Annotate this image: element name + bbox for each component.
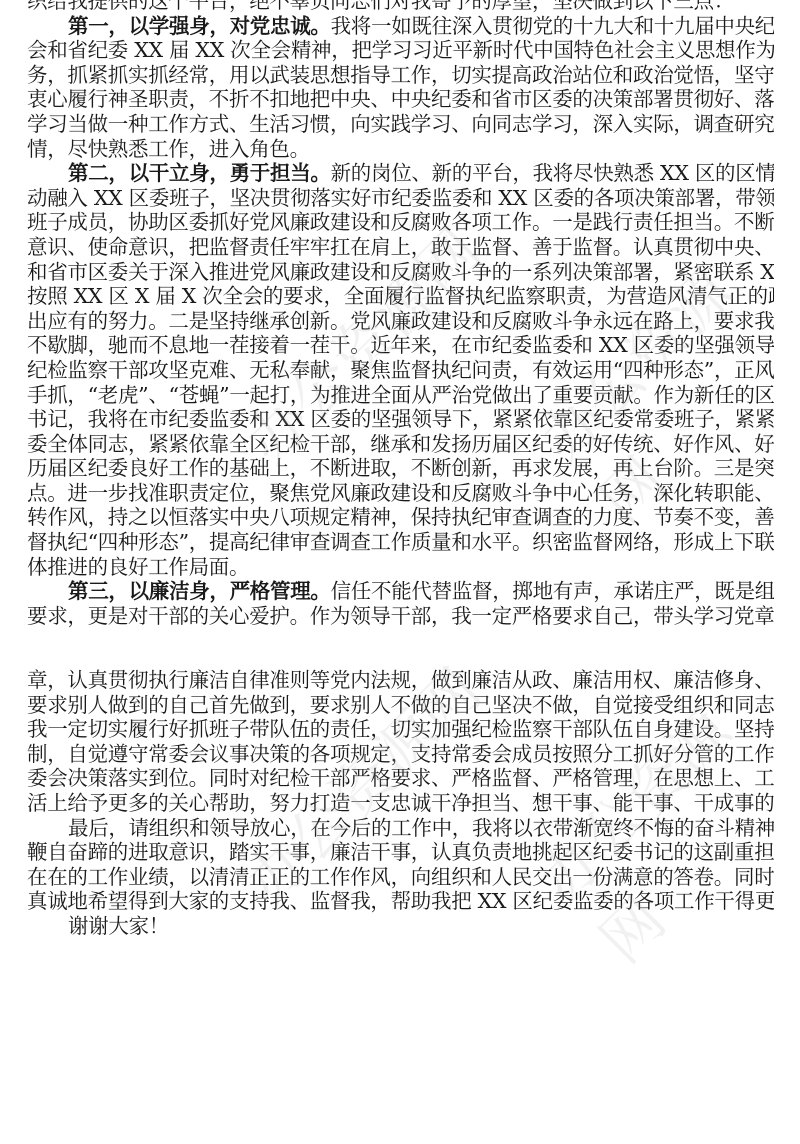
line-text: 学习当做一种工作方式、生活习惯，向实践学习、向同志学习，深入实际，调查研究，掌握… — [27, 112, 774, 136]
line-text: 出应有的努力。二是坚持继承创新。党风廉政建设和反腐败斗争永远在路上，要求我们不停… — [27, 309, 774, 333]
text-line: 班子成员，协助区委抓好党风廉政建设和反腐败各项工作。一是践行责任担当。不断增强责… — [27, 210, 774, 235]
line-text: 督执纪“四种形态”，提高纪律审查调查工作质量和水平。织密监督网络，形成上下联动，… — [27, 530, 774, 554]
text-line: 衷心履行神圣职责，不折不扣地把中央、中央纪委和省市区委的决策部署贯彻好、落实好。… — [27, 87, 774, 112]
line-text: 意识、使命意识，把监督责任牢牢扛在肩上，敢于监督、善于监督。认真贯彻中央、中央纪… — [27, 235, 774, 259]
text-line: 最后，请组织和领导放心，在今后的工作中，我将以衣带渐宽终不悔的奋斗精神、不用扬 — [27, 816, 774, 841]
text-line: 委全体同志，紧紧依靠全区纪检干部，继承和发扬历届区纪委的好传统、好作风、好办法，… — [27, 432, 774, 457]
line-text: 织给我提供的这个平台，绝不辜负同志们对我寄予的厚望，坚决做到以下三点： — [27, 0, 734, 13]
text-line: 第二，以干立身，勇于担当。新的岗位、新的平台，我将尽快熟悉 XX 区的区情，积极… — [27, 161, 774, 186]
text-line: 转作风，持之以恒落实中央八项规定精神，保持执纪审查调查的力度、节奏不变，善于运用… — [27, 505, 774, 530]
section-heading: 第一，以学强身，对党忠诚。 — [68, 14, 331, 38]
text-line: 要求别人做到的自己首先做到，要求别人不做的自己坚决不做，自觉接受组织和同志的监督… — [27, 693, 774, 718]
line-text: 班子成员，协助区委抓好党风廉政建设和反腐败各项工作。一是践行责任担当。不断增强责… — [27, 210, 774, 234]
text-line: 委会决策落实到位。同时对纪检干部严格要求、严格监督、严格管理，在思想上、工作上、… — [27, 766, 774, 791]
line-text: 鞭自奋蹄的进取意识，踏实干事，廉洁干事，认真负责地挑起区纪委书记的这副重担，以实… — [27, 840, 774, 864]
text-line: 制，自觉遵守常委会议事决策的各项规定，支持常委会成员按照分工抓好分管的工作，确保… — [27, 742, 774, 767]
line-text: 动融入 XX 区委班子，坚决贯彻落实好市纪委监委和 XX 区委的各项决策部署，带… — [27, 186, 774, 210]
line-text: 我将一如既往深入贯彻党的十九大和十九届中央纪委四次全 — [331, 14, 774, 38]
text-line: 历届区纪委良好工作的基础上，不断进取，不断创新，再求发展，再上台阶。三是突出工作… — [27, 456, 774, 481]
text-line: 意识、使命意识，把监督责任牢牢扛在肩上，敢于监督、善于监督。认真贯彻中央、中央纪… — [27, 235, 774, 260]
text-line: 我一定切实履行好抓班子带队伍的责任，切实加强纪检监察干部队伍自身建设。坚持民主集… — [27, 717, 774, 742]
line-text: 新的岗位、新的平台，我将尽快熟悉 XX 区的区情，积极主 — [331, 161, 774, 185]
line-text: 章，认真贯彻执行廉洁自律准则等党内法规，做到廉洁从政、廉洁用权、廉洁修身、廉洁齐… — [27, 668, 774, 692]
line-text: 务，抓紧抓实抓经常，用以武装思想指导工作，切实提高政治站位和政治觉悟，坚守党的初… — [27, 63, 774, 87]
text-line: 手抓，“老虎”、“苍蝇”一起打，为推进全面从严治党做出了重要贡献。作为新任的区纪… — [27, 383, 774, 408]
text-line: 会和省纪委 XX 届 XX 次全会精神，把学习习近平新时代中国特色社会主义思想作… — [27, 38, 774, 63]
text-line: 谢谢大家！ — [27, 914, 774, 939]
text-line: 真诚地希望得到大家的支持我、监督我，帮助我把 XX 区纪委监委的各项工作干得更好… — [27, 889, 774, 914]
line-text: 和省市区委关于深入推进党风廉政建设和反腐败斗争的一系列决策部署，紧密联系 XX … — [27, 260, 774, 284]
line-text: 会和省纪委 XX 届 XX 次全会精神，把学习习近平新时代中国特色社会主义思想作… — [27, 38, 774, 62]
line-text: 书记，我将在市纪委监委和 XX 区委的坚强领导下，紧紧依靠区纪委常委班子，紧紧依… — [27, 407, 774, 431]
line-text: 手抓，“老虎”、“苍蝇”一起打，为推进全面从严治党做出了重要贡献。作为新任的区纪… — [27, 383, 774, 407]
text-line: 活上给予更多的关心帮助，努力打造一支忠诚干净担当、想干事、能干事、干成事的干部队… — [27, 791, 774, 816]
text-line: 织给我提供的这个平台，绝不辜负同志们对我寄予的厚望，坚决做到以下三点： — [27, 0, 774, 14]
section-heading: 第二，以干立身，勇于担当。 — [68, 161, 331, 185]
text-line: 督执纪“四种形态”，提高纪律审查调查工作质量和水平。织密监督网络，形成上下联动，… — [27, 530, 774, 555]
text-line: 纪检监察干部攻坚克难、无私奉献，聚焦监督执纪问责，有效运用“四种形态”，正风反腐… — [27, 358, 774, 383]
text-line: 章，认真贯彻执行廉洁自律准则等党内法规，做到廉洁从政、廉洁用权、廉洁修身、廉洁齐… — [27, 668, 774, 693]
line-text: 不歇脚，驰而不息地一茬接着一茬干。近年来，在市纪委监委和 XX 区委的坚强领导下… — [27, 333, 774, 357]
text-line: 体推进的良好工作局面。 — [27, 555, 774, 580]
line-text: 纪检监察干部攻坚克难、无私奉献，聚焦监督执纪问责，有效运用“四种形态”，正风反腐… — [27, 358, 774, 382]
document-page-top: 织给我提供的这个平台，绝不辜负同志们对我寄予的厚望，坚决做到以下三点：第一，以学… — [27, 0, 774, 628]
text-line: 动融入 XX 区委班子，坚决贯彻落实好市纪委监委和 XX 区委的各项决策部署，带… — [27, 186, 774, 211]
text-line: 务，抓紧抓实抓经常，用以武装思想指导工作，切实提高政治站位和政治觉悟，坚守党的初… — [27, 63, 774, 88]
line-text: 体推进的良好工作局面。 — [27, 555, 249, 579]
line-text: 要求，更是对干部的关心爱护。作为领导干部，我一定严格要求自己，带头学习党章、尊崇… — [27, 604, 774, 628]
line-text: 历届区纪委良好工作的基础上，不断进取，不断创新，再求发展，再上台阶。三是突出工作… — [27, 456, 774, 480]
text-line: 第三，以廉洁身，严格管理。信任不能代替监督，掷地有声，承诺庄严，既是组织的严格 — [27, 579, 774, 604]
line-text: 转作风，持之以恒落实中央八项规定精神，保持执纪审查调查的力度、节奏不变，善于运用… — [27, 505, 774, 529]
line-text: 衷心履行神圣职责，不折不扣地把中央、中央纪委和省市区委的决策部署贯彻好、落实好。… — [27, 87, 774, 111]
text-line: 第一，以学强身，对党忠诚。我将一如既往深入贯彻党的十九大和十九届中央纪委四次全 — [27, 14, 774, 39]
line-text: 最后，请组织和领导放心，在今后的工作中，我将以衣带渐宽终不悔的奋斗精神、不用扬 — [68, 816, 774, 840]
text-line: 出应有的努力。二是坚持继承创新。党风廉政建设和反腐败斗争永远在路上，要求我们不停… — [27, 309, 774, 334]
line-text: 委会决策落实到位。同时对纪检干部严格要求、严格监督、严格管理，在思想上、工作上、… — [27, 766, 774, 790]
text-line: 和省市区委关于深入推进党风廉政建设和反腐败斗争的一系列决策部署，紧密联系 XX … — [27, 260, 774, 285]
line-text: 信任不能代替监督，掷地有声，承诺庄严，既是组织的严格 — [331, 579, 774, 603]
line-text: 按照 XX 区 X 届 X 次全会的要求，全面履行监督执纪监察职责，为营造风清气… — [27, 284, 774, 308]
text-line: 书记，我将在市纪委监委和 XX 区委的坚强领导下，紧紧依靠区纪委常委班子，紧紧依… — [27, 407, 774, 432]
section-heading: 第三，以廉洁身，严格管理。 — [68, 579, 331, 603]
line-text: 真诚地希望得到大家的支持我、监督我，帮助我把 XX 区纪委监委的各项工作干得更好… — [27, 889, 774, 913]
text-line: 点。进一步找准职责定位，聚焦党风廉政建设和反腐败斗争中心任务，深化转职能、转方式… — [27, 481, 774, 506]
text-line: 鞭自奋蹄的进取意识，踏实干事，廉洁干事，认真负责地挑起区纪委书记的这副重担，以实… — [27, 840, 774, 865]
line-text: 情，尽快熟悉工作，进入角色。 — [27, 137, 310, 161]
text-line: 不歇脚，驰而不息地一茬接着一茬干。近年来，在市纪委监委和 XX 区委的坚强领导下… — [27, 333, 774, 358]
line-text: 点。进一步找准职责定位，聚焦党风廉政建设和反腐败斗争中心任务，深化转职能、转方式… — [27, 481, 774, 505]
line-text: 委全体同志，紧紧依靠全区纪检干部，继承和发扬历届区纪委的好传统、好作风、好办法，… — [27, 432, 774, 456]
document-page-bottom: 章，认真贯彻执行廉洁自律准则等党内法规，做到廉洁从政、廉洁用权、廉洁修身、廉洁齐… — [27, 668, 774, 939]
line-text: 活上给予更多的关心帮助，努力打造一支忠诚干净担当、想干事、能干事、干成事的干部队… — [27, 791, 774, 815]
line-text: 要求别人做到的自己首先做到，要求别人不做的自己坚决不做，自觉接受组织和同志的监督… — [27, 693, 774, 717]
line-text: 制，自觉遵守常委会议事决策的各项规定，支持常委会成员按照分工抓好分管的工作，确保… — [27, 742, 774, 766]
text-line: 情，尽快熟悉工作，进入角色。 — [27, 137, 774, 162]
text-line: 学习当做一种工作方式、生活习惯，向实践学习、向同志学习，深入实际，调查研究，掌握… — [27, 112, 774, 137]
text-line: 在在的工作业绩，以清清正正的工作作风，向组织和人民交出一份满意的答卷。同时，我也… — [27, 865, 774, 890]
text-line: 按照 XX 区 X 届 X 次全会的要求，全面履行监督执纪监察职责，为营造风清气… — [27, 284, 774, 309]
text-line: 要求，更是对干部的关心爱护。作为领导干部，我一定严格要求自己，带头学习党章、尊崇… — [27, 604, 774, 629]
line-text: 在在的工作业绩，以清清正正的工作作风，向组织和人民交出一份满意的答卷。同时，我也… — [27, 865, 774, 889]
line-text: 我一定切实履行好抓班子带队伍的责任，切实加强纪检监察干部队伍自身建设。坚持民主集… — [27, 717, 774, 741]
line-text: 谢谢大家！ — [68, 914, 169, 938]
